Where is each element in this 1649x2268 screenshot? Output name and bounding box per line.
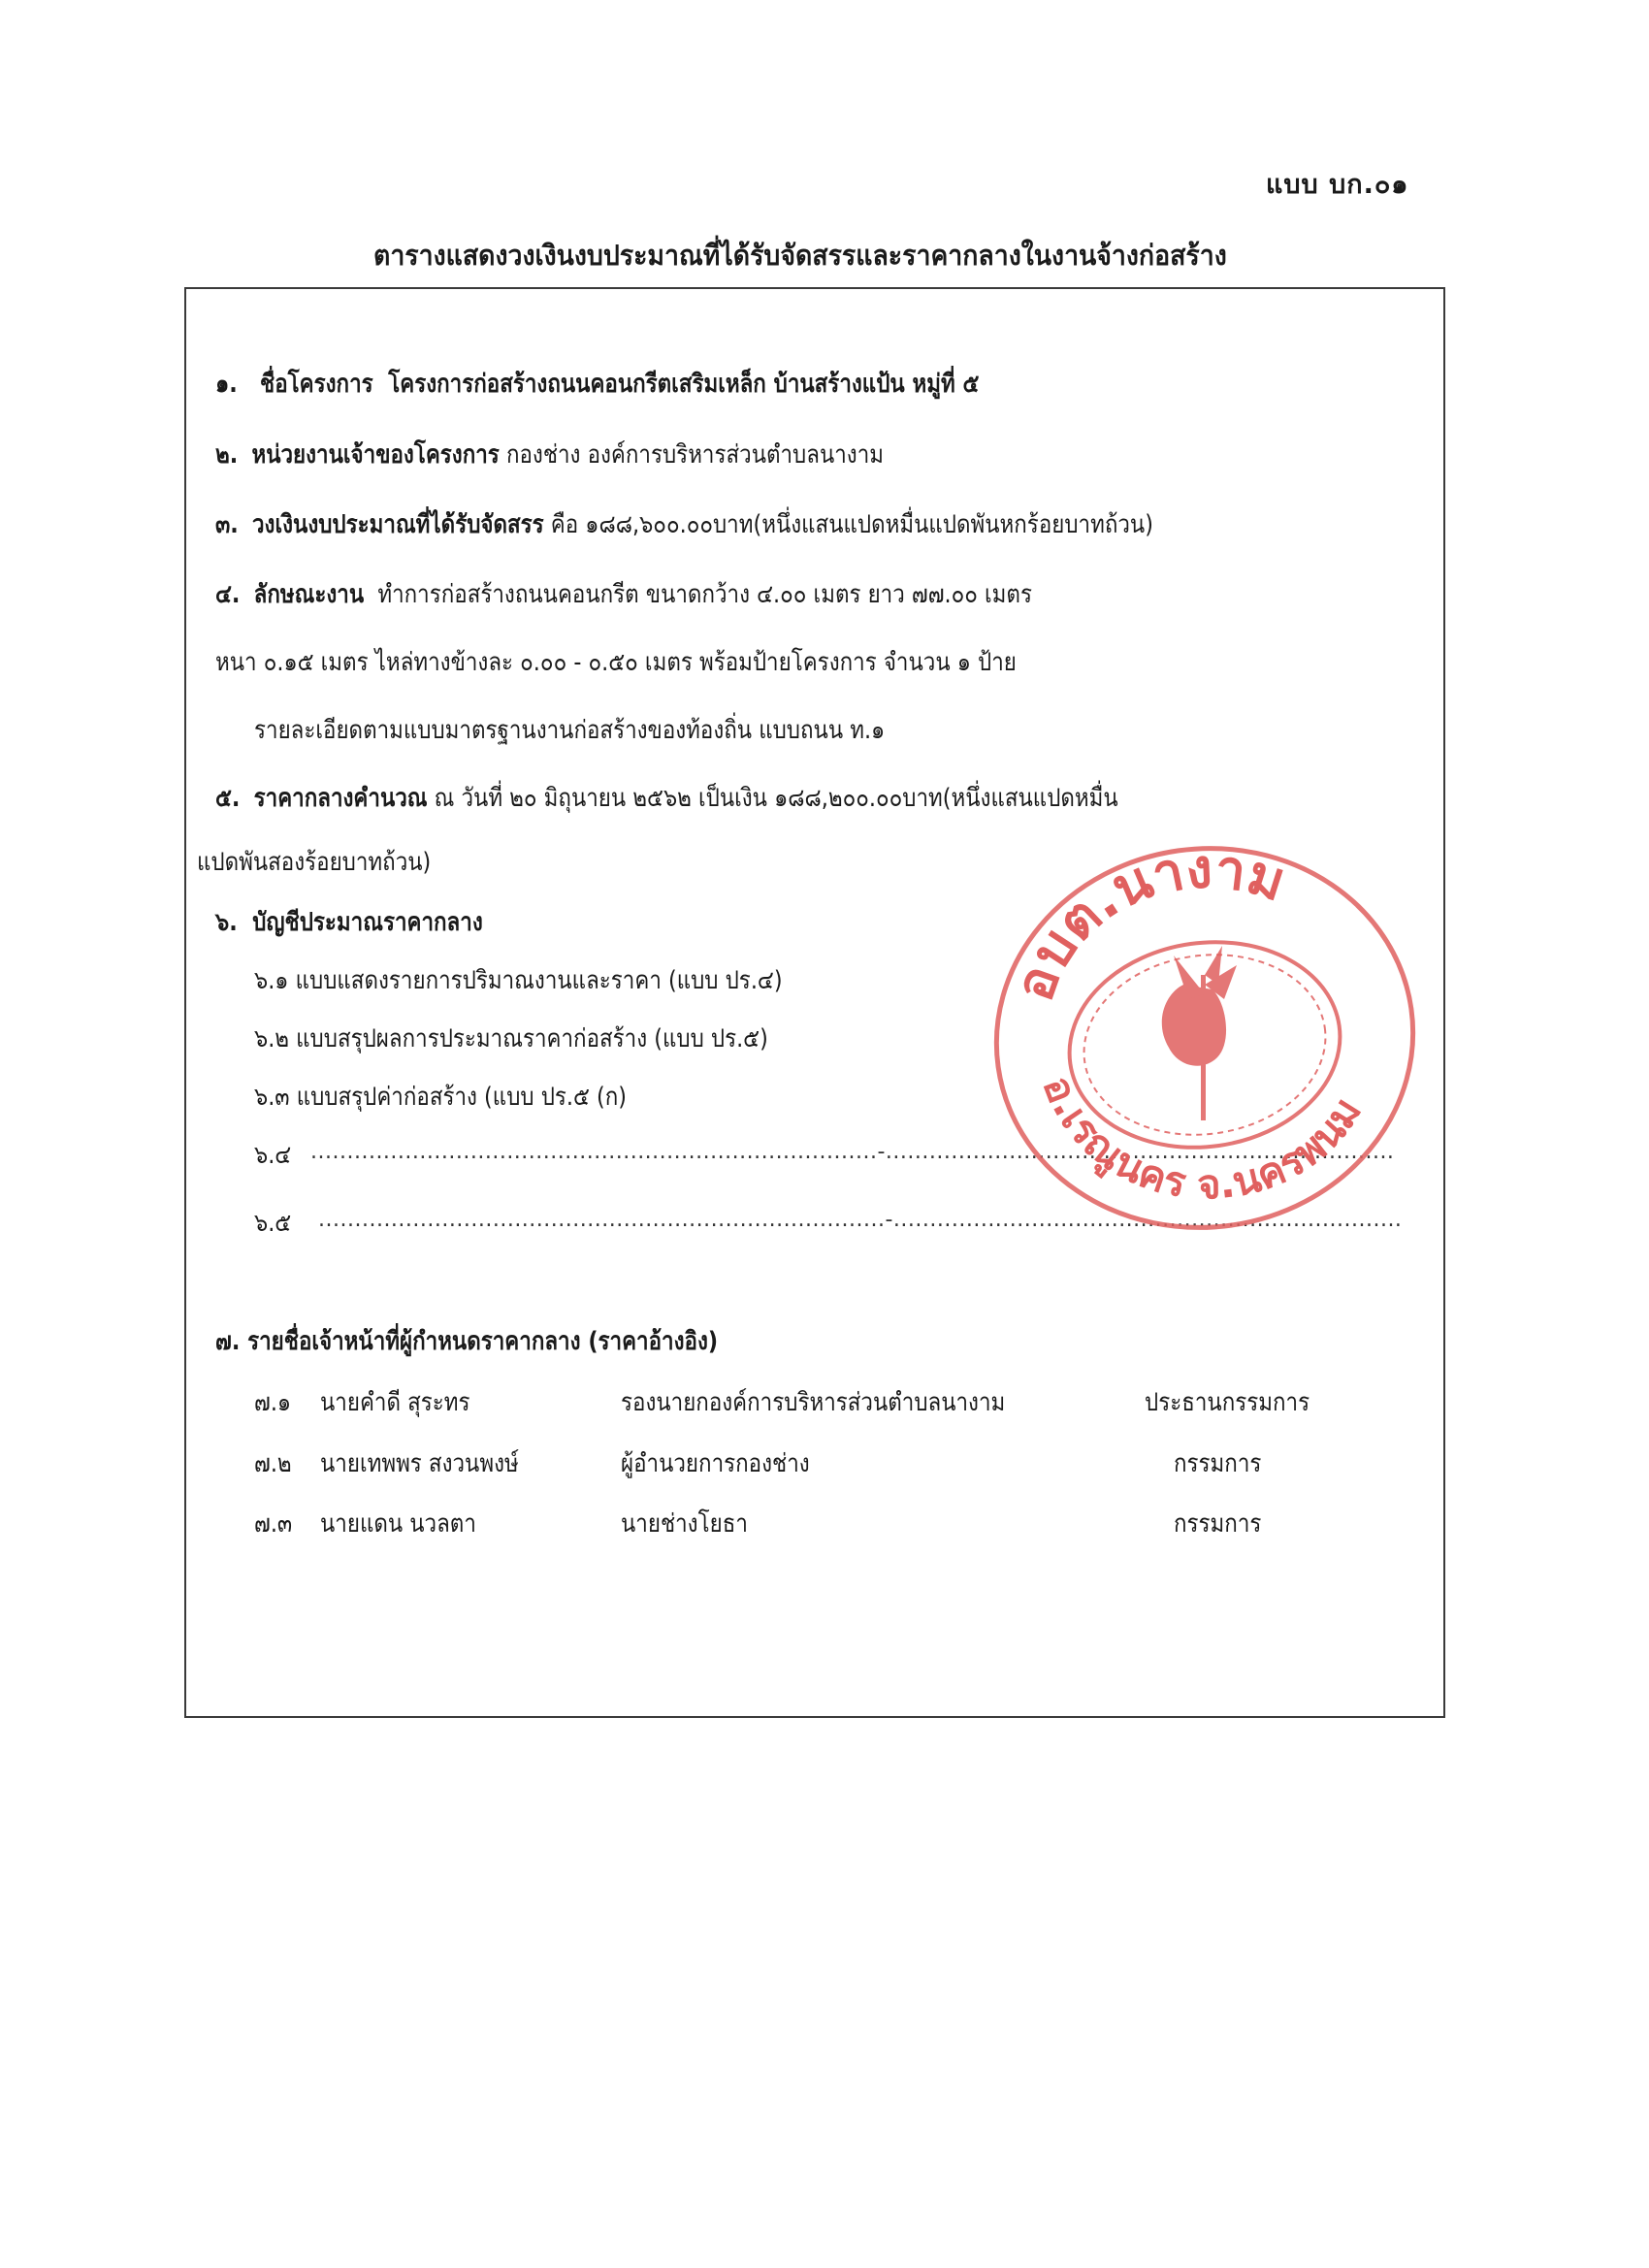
item-1-label: ชื่อโครงการ <box>260 370 373 399</box>
item-5-label: ราคากลางคำนวณ <box>254 784 428 813</box>
item-6-3: ๖.๓ แบบสรุปค่าก่อสร้าง (แบบ ปร.๕ (ก) <box>254 1077 627 1117</box>
item-4-number: ๔. <box>215 580 240 609</box>
member-3-no: ๗.๓ <box>254 1504 292 1543</box>
member-3-position: นายช่างโยธา <box>621 1504 748 1543</box>
member-1-name: นายคำดี สุระทร <box>320 1382 470 1422</box>
item-7-number: ๗. <box>215 1327 240 1356</box>
item-5-text-1: ณ วันที่ ๒๐ มิถุนายน ๒๕๖๒ เป็นเงิน ๑๘๘,๒… <box>435 784 1118 813</box>
item-7-label: รายชื่อเจ้าหน้าที่ผู้กำหนดราคากลาง (ราคา… <box>247 1327 718 1356</box>
item-6-2: ๖.๒ แบบสรุปผลการประมาณราคาก่อสร้าง (แบบ … <box>254 1019 768 1058</box>
item-1-value: โครงการก่อสร้างถนนคอนกรีตเสริมเหล็ก บ้าน… <box>388 370 979 399</box>
member-2-name: นายเทพพร สงวนพงษ์ <box>320 1443 519 1483</box>
item-6-number: ๖. <box>215 908 238 937</box>
member-2-role: กรรมการ <box>1174 1443 1261 1483</box>
item-5-number: ๕. <box>215 784 240 813</box>
item-6-4-label: ๖.๔ <box>254 1135 291 1175</box>
item-4-line-3: รายละเอียดตามแบบมาตรฐานงานก่อสร้างของท้อ… <box>254 710 885 750</box>
item-3-label: วงเงินงบประมาณที่ได้รับจัดสรร <box>252 510 544 539</box>
item-2-number: ๒. <box>215 440 238 470</box>
item-4-text-1: ทำการก่อสร้างถนนคอนกรีต ขนาดกว้าง ๔.๐๐ เ… <box>377 580 1032 609</box>
item-2: ๒. หน่วยงานเจ้าของโครงการ กองช่าง องค์กา… <box>215 435 884 474</box>
item-1-number: ๑. <box>215 370 238 399</box>
member-2-no: ๗.๒ <box>254 1443 292 1483</box>
official-stamp: อบต.นางาม อ.เรณูนคร จ.นครพนม <box>980 829 1426 1237</box>
item-6-heading: ๖. บัญชีประมาณราคากลาง <box>215 902 483 942</box>
member-3-name: นายแดน นวลตา <box>320 1504 476 1543</box>
member-3-role: กรรมการ <box>1174 1504 1261 1543</box>
item-1: ๑. ชื่อโครงการ โครงการก่อสร้างถนนคอนกรีต… <box>215 364 979 404</box>
item-6-5-label: ๖.๕ <box>254 1203 291 1243</box>
member-2-position: ผู้อำนวยการกองช่าง <box>621 1443 810 1483</box>
member-1-role: ประธานกรรมการ <box>1145 1382 1309 1422</box>
stamp-seal-icon: อบต.นางาม อ.เรณูนคร จ.นครพนม <box>980 829 1426 1237</box>
member-1-position: รองนายกองค์การบริหารส่วนตำบลนางาม <box>621 1382 1005 1422</box>
item-4-label: ลักษณะงาน <box>254 580 364 609</box>
item-3-number: ๓. <box>215 510 239 539</box>
document-title: ตารางแสดงวงเงินงบประมาณที่ได้รับจัดสรรแล… <box>373 233 1230 277</box>
item-5-line-1: ๕. ราคากลางคำนวณ ณ วันที่ ๒๐ มิถุนายน ๒๕… <box>215 778 1118 818</box>
item-4-line-2: หนา ๐.๑๕ เมตร ไหล่ทางข้างละ ๐.๐๐ - ๐.๕๐ … <box>215 642 1017 682</box>
item-5-line-2: แปดพันสองร้อยบาทถ้วน) <box>197 842 431 882</box>
item-3: ๓. วงเงินงบประมาณที่ได้รับจัดสรร คือ ๑๘๘… <box>215 504 1153 544</box>
form-code: แบบ บก.๐๑ <box>1266 163 1408 205</box>
item-6-label: บัญชีประมาณราคากลาง <box>252 908 482 937</box>
item-2-label: หน่วยงานเจ้าของโครงการ <box>251 440 499 470</box>
item-7-heading: ๗. รายชื่อเจ้าหน้าที่ผู้กำหนดราคากลาง (ร… <box>215 1321 718 1361</box>
svg-text:อบต.นางาม: อบต.นางาม <box>1003 837 1293 1009</box>
item-4-line-1: ๔. ลักษณะงาน ทำการก่อสร้างถนนคอนกรีต ขนา… <box>215 574 1032 614</box>
item-6-1: ๖.๑ แบบแสดงรายการปริมาณงานและราคา (แบบ ป… <box>254 960 783 1000</box>
item-2-value: กองช่าง องค์การบริหารส่วนตำบลนางาม <box>506 440 884 470</box>
member-1-no: ๗.๑ <box>254 1382 291 1422</box>
item-3-value: คือ ๑๘๘,๖๐๐.๐๐บาท(หนึ่งแสนแปดหมื่นแปดพัน… <box>551 510 1153 539</box>
